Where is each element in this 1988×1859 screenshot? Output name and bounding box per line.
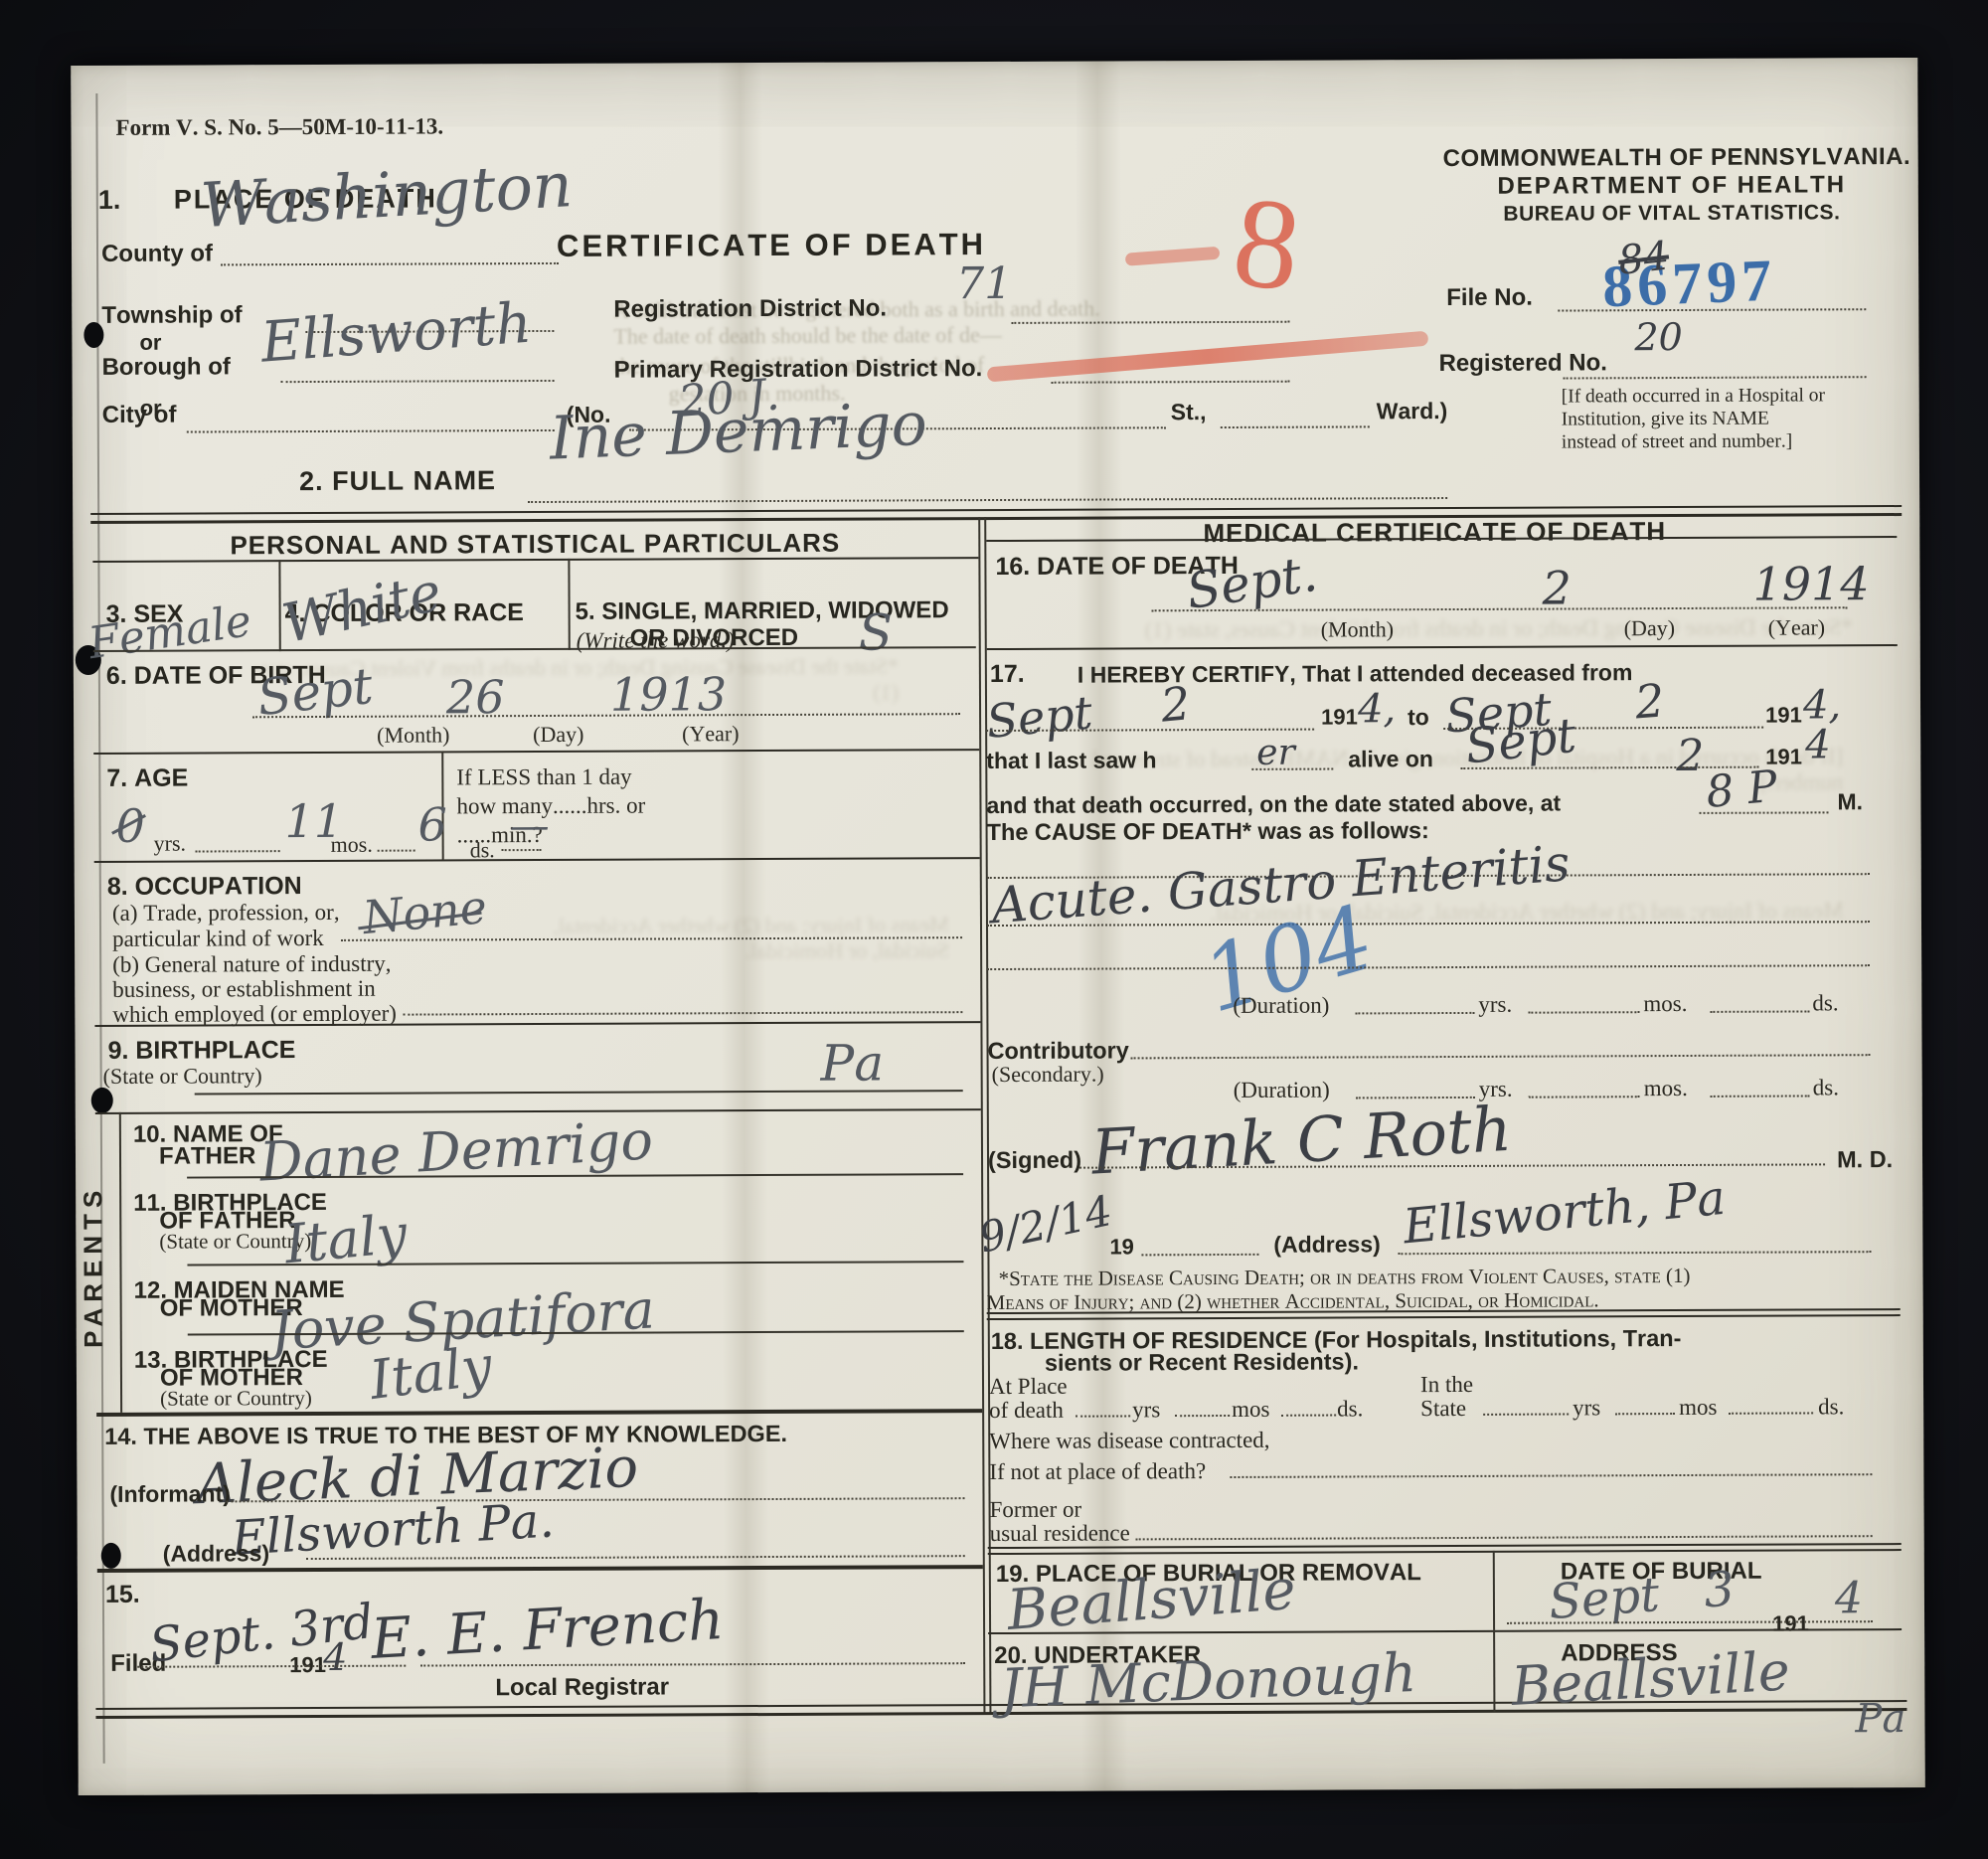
at-place-label: At Place <box>989 1374 1068 1400</box>
birthplace-value-handwriting: Pa <box>820 1035 884 1093</box>
pronoun-line <box>1251 768 1333 770</box>
punch-hole <box>101 1543 121 1569</box>
cell-divider <box>1493 1630 1495 1712</box>
less-than-day-note: If LESS than 1 day <box>456 764 631 791</box>
residence-label-2: sients or Recent Residents). <box>1045 1348 1359 1376</box>
marital-hint: (Write the word.) <box>577 627 735 654</box>
occupation-label: 8. OCCUPATION <box>107 872 302 902</box>
undertaker-address-handwriting: Beallsville <box>1510 1639 1791 1718</box>
residence-line <box>1483 1413 1569 1415</box>
ds-caption: ds. <box>1812 990 1838 1016</box>
residence-line <box>1281 1415 1336 1417</box>
last-saw-statement: that I last saw h <box>986 747 1156 774</box>
ds-caption: ds. <box>1813 1075 1839 1100</box>
month-caption: (Month) <box>1321 616 1394 642</box>
former-residence-line <box>1136 1535 1873 1540</box>
father-name-label-2: FATHER <box>159 1142 255 1170</box>
secondary-caption: (Secondary.) <box>992 1062 1104 1088</box>
yrs-caption: yrs. <box>154 831 187 857</box>
section-1-number: 1. <box>98 185 121 216</box>
township-label: Township of <box>101 301 242 330</box>
registered-no-label: Registered No. <box>1438 349 1606 378</box>
cell-divider <box>568 559 570 650</box>
year-printed: 191 <box>1321 704 1358 730</box>
occupation-b-label: (b) General nature of industry, <box>112 951 391 978</box>
residence-line <box>1175 1415 1230 1417</box>
or-label: or <box>139 330 161 356</box>
residence-line <box>1615 1413 1675 1415</box>
mos-caption: mos. <box>331 832 373 858</box>
informant-label: (Informant) <box>109 1480 230 1508</box>
death-certificate-document: A stillbirth must be registered both as … <box>71 58 1925 1795</box>
filed-line <box>137 1665 406 1668</box>
burial-date-line <box>1507 1620 1873 1624</box>
yrs-caption: yrs <box>1132 1397 1160 1423</box>
state-or-country-caption: (State or Country) <box>160 1386 312 1412</box>
yrs-caption: yrs <box>1573 1395 1600 1421</box>
occupation-a-label: (a) Trade, profession, or, <box>112 900 340 927</box>
file-no-label: File No. <box>1446 284 1533 312</box>
day-caption: (Day) <box>533 722 583 748</box>
full-name-label: 2. FULL NAME <box>299 465 496 497</box>
state-label: State <box>1420 1396 1466 1422</box>
dod-year-handwriting: 1914 <box>1752 557 1869 611</box>
duration-line <box>1529 1096 1640 1098</box>
age-line <box>196 850 280 852</box>
race-value-handwriting: White <box>277 560 447 655</box>
in-the-label: In the <box>1420 1372 1473 1398</box>
certificate-title: CERTIFICATE OF DEATH <box>557 227 986 264</box>
file-no-crossed-out-handwriting: 84 <box>1616 234 1672 284</box>
street-label: St., <box>1171 399 1207 425</box>
filed-year-handwriting: 4 <box>323 1635 347 1679</box>
mos-caption: mos. <box>1643 991 1687 1017</box>
death-time-handwriting: 8 P <box>1704 761 1779 818</box>
last-saw-year-handwriting: 4 <box>1805 722 1831 767</box>
duration-caption: (Duration) <box>1234 1078 1330 1103</box>
punch-hole <box>91 1088 113 1113</box>
rule <box>94 857 980 863</box>
department-line: DEPARTMENT OF HEALTH <box>1443 171 1901 201</box>
day-caption: (Day) <box>1624 615 1675 641</box>
form-number: Form V. S. No. 5—50M-10-11-13. <box>115 113 443 140</box>
disease-contracted-label: Where was disease contracted, <box>989 1428 1269 1454</box>
parents-side-label: PARENTS <box>78 1119 109 1413</box>
state-or-country-caption: (State or Country) <box>103 1063 262 1090</box>
physician-signature-handwriting: Frank C Roth <box>1089 1093 1513 1189</box>
signed-date-line <box>1141 1254 1258 1257</box>
death-time-line <box>1700 811 1829 814</box>
ds-caption: ds. <box>1337 1396 1363 1422</box>
rule <box>93 749 979 755</box>
duration-line <box>1355 1012 1474 1015</box>
age-days-handwriting: 6 <box>417 797 447 851</box>
dod-day-handwriting: 2 <box>1542 561 1572 614</box>
contributory-line <box>1131 1054 1871 1059</box>
occupation-a-label-2: particular kind of work <box>112 926 324 952</box>
bureau-line: BUREAU OF VITAL STATISTICS. <box>1443 201 1901 227</box>
month-caption: (Month) <box>377 722 449 748</box>
yrs-caption: yrs. <box>1478 992 1512 1018</box>
city-label: City of <box>102 402 177 429</box>
county-line <box>221 262 559 265</box>
disease-contracted-label-2: If not at place of death? <box>989 1458 1206 1485</box>
physician-address-label: (Address) <box>1273 1231 1380 1258</box>
year-caption: (Year) <box>682 721 740 747</box>
primary-district-line <box>1052 381 1290 384</box>
institution-note: [If death occurred in a Hospital or Inst… <box>1562 384 1828 453</box>
duration-line <box>1528 1011 1639 1013</box>
father-name-value-handwriting: Dane Demrigo <box>258 1108 655 1193</box>
birthplace-label: 9. BIRTHPLACE <box>107 1036 295 1066</box>
county-label: County of <box>101 240 213 267</box>
year-caption: (Year) <box>1768 614 1826 640</box>
year-printed: 191 <box>1765 702 1802 728</box>
former-residence-label-2: usual residence <box>990 1520 1130 1547</box>
burial-year-printed: 191 <box>1772 1610 1809 1636</box>
age-line <box>502 849 542 851</box>
marital-label: 5. SINGLE, MARRIED, WIDOWED <box>576 596 949 626</box>
age-label: 7. AGE <box>106 764 188 793</box>
writing-line <box>195 1090 963 1095</box>
alive-on-label: alive on <box>1348 746 1433 772</box>
registered-no-line <box>1564 376 1867 379</box>
m-label: M. <box>1837 788 1863 815</box>
section-17-number: 17. <box>990 660 1025 689</box>
burial-year-handwriting: 4 <box>1835 1573 1863 1623</box>
parents-divider <box>119 1112 122 1413</box>
contracted-line <box>1230 1473 1872 1478</box>
signed-date-printed: 19 <box>1109 1234 1134 1260</box>
attended-from-year-handwriting: 4, <box>1358 686 1396 732</box>
age-days-mark-handwriting: — <box>509 803 549 849</box>
residence-line <box>1729 1412 1813 1414</box>
marital-value-handwriting: S <box>859 603 894 661</box>
mos-caption: mos. <box>1644 1076 1688 1101</box>
less-than-day-note: how many......hrs. or <box>456 793 645 820</box>
at-place-label-2: of death <box>989 1398 1064 1424</box>
occupation-b-label-2: business, or establishment in <box>112 976 376 1003</box>
physician-address-line <box>1398 1251 1871 1255</box>
cause-of-death-label: The CAUSE OF DEATH* was as follows: <box>987 817 1429 846</box>
registration-district-value-handwriting: 71 <box>956 258 1012 309</box>
cell-divider <box>1493 1551 1495 1630</box>
medical-heading: MEDICAL CERTIFICATE OF DEATH <box>987 515 1882 550</box>
signed-label: (Signed) <box>988 1147 1081 1174</box>
rule <box>987 644 1898 650</box>
street-line <box>1221 425 1370 428</box>
commonwealth-line: COMMONWEALTH OF PENNSYLVANIA. <box>1443 143 1901 173</box>
borough-label: Borough of <box>101 353 230 382</box>
primary-district-label: Primary Registration District No. <box>613 355 982 385</box>
last-saw-day-handwriting: 2 <box>1676 731 1704 781</box>
physician-address-handwriting: Ellsworth, Pa <box>1401 1170 1728 1255</box>
duration-caption: (Duration) <box>1233 993 1329 1019</box>
county-value-handwriting: Washington <box>199 148 575 242</box>
duration-line <box>1710 1010 1809 1012</box>
to-label: to <box>1408 704 1429 731</box>
last-saw-pronoun-handwriting: er <box>1256 733 1295 773</box>
mos-caption: mos <box>1679 1395 1717 1421</box>
registration-district-line <box>1011 321 1289 324</box>
ward-label: Ward.) <box>1377 398 1448 424</box>
md-label: M. D. <box>1837 1146 1893 1173</box>
borough-line <box>281 380 555 383</box>
undertaker-address-state-handwriting: Pa <box>1855 1696 1905 1742</box>
ds-caption: ds. <box>1818 1394 1844 1420</box>
former-residence-label: Former or <box>990 1497 1082 1523</box>
city-line <box>187 429 555 433</box>
rule <box>95 1108 981 1114</box>
duration-line <box>1711 1095 1810 1097</box>
red-crayon-numeral: 8 <box>1226 167 1307 323</box>
informant-address-label: (Address) <box>163 1540 269 1567</box>
death-occurred-statement: and that death occurred, on the date sta… <box>986 790 1561 820</box>
section-15-number: 15. <box>105 1581 140 1609</box>
borough-value-handwriting: Ellsworth <box>258 291 534 376</box>
full-name-value-handwriting: Ine Demrigo <box>549 390 928 474</box>
mos-caption: mos <box>1232 1397 1269 1423</box>
age-line <box>378 850 415 852</box>
full-name-line <box>528 497 1447 503</box>
registrar-signature-handwriting: E. E. French <box>370 1588 726 1672</box>
registrar-caption: Local Registrar <box>495 1673 669 1702</box>
occupation-b-line <box>403 1011 962 1015</box>
red-crayon-dash <box>1125 247 1221 266</box>
registration-district-label: Registration District No. <box>613 294 887 323</box>
registered-no-value-handwriting: 20 <box>1634 315 1683 359</box>
residence-line <box>1076 1415 1130 1417</box>
